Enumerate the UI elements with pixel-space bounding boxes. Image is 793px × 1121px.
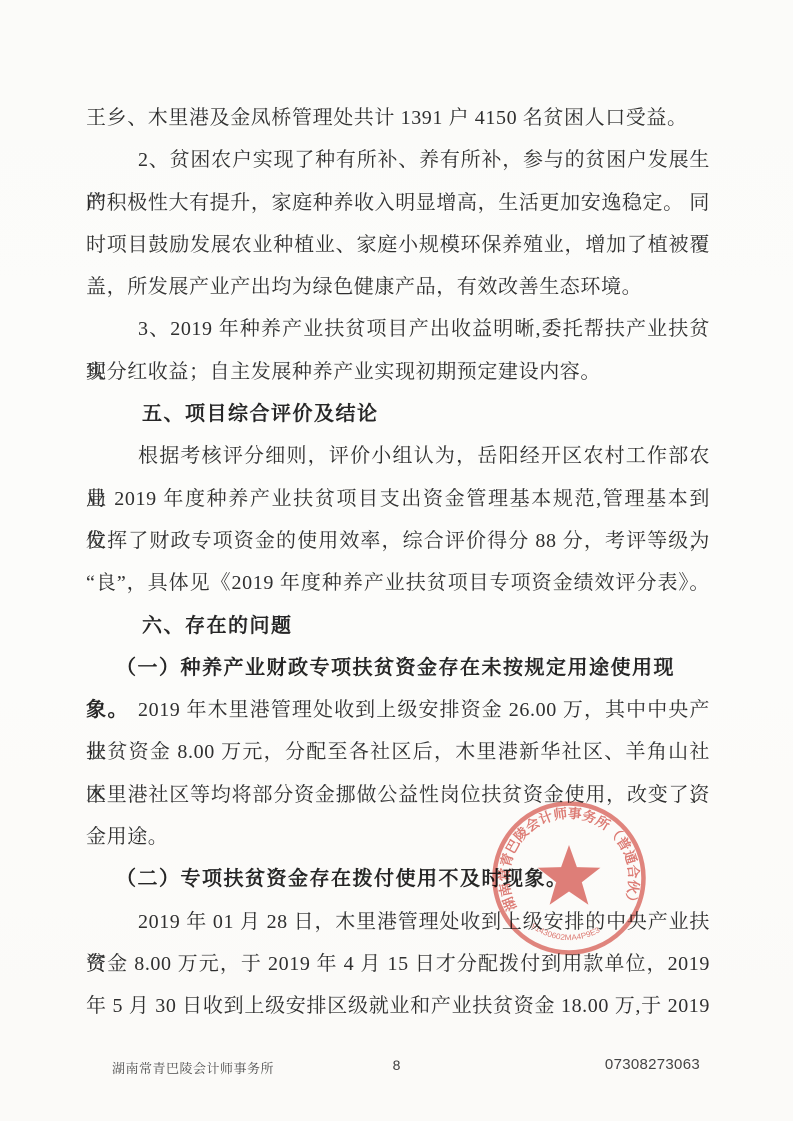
text-line: 局 2019 年度种养产业扶贫项目支出资金管理基本规范,管理基本到位，: [86, 478, 710, 520]
text-line: 2019 年木里港管理处收到上级安排资金 26.00 万，其中中央产业: [86, 689, 710, 731]
document-page: 王乡、木里港及金凤桥管理处共计 1391 户 4150 名贫困人口受益。 2、贫…: [0, 0, 793, 1121]
text-line: 金用途。: [86, 816, 710, 858]
text-line: 资金 8.00 万元，于 2019 年 4 月 15 日才分配拨付到用款单位，2…: [86, 943, 710, 985]
text-line: 2019 年 01 月 28 日，木里港管理处收到上级安排的中央产业扶贫: [86, 901, 710, 943]
text-line: 盖，所发展产业产出均为绿色健康产品，有效改善生态环境。: [86, 266, 710, 308]
text-line: 的积极性大有提升，家庭种养收入明显增高，生活更加安逸稳定。 同: [86, 182, 710, 224]
text-line: 3、2019 年种养产业扶贫项目产出收益明晰,委托帮扶产业扶贫实: [86, 308, 710, 350]
document-body: 王乡、木里港及金凤桥管理处共计 1391 户 4150 名贫困人口受益。 2、贫…: [86, 97, 710, 1028]
page-footer: 湖南常青巴陵会计师事务所 8 07308273063: [0, 1054, 793, 1078]
text-line: 扶贫资金 8.00 万元，分配至各社区后，木里港新华社区、羊角山社区、: [86, 731, 710, 773]
text-line: 时项目鼓励发展农业种植业、家庭小规模环保养殖业，增加了植被覆: [86, 224, 710, 266]
text-line: 现分红收益；自主发展种养产业实现初期预定建设内容。: [86, 351, 710, 393]
text-line: 年 5 月 30 日收到上级安排区级就业和产业扶贫资金 18.00 万,于 20…: [86, 985, 710, 1027]
text-line: 2、贫困农户实现了种有所补、养有所补，参与的贫困户发展生产: [86, 139, 710, 181]
text-line: 根据考核评分细则，评价小组认为，岳阳经开区农村工作部农业: [86, 435, 710, 477]
section-heading: 五、项目综合评价及结论: [86, 393, 710, 435]
footer-number: 07308273063: [605, 1056, 700, 1073]
text-line: 木里港社区等均将部分资金挪做公益性岗位扶贫资金使用，改变了资: [86, 774, 710, 816]
text-line: “良”，具体见《2019 年度种养产业扶贫项目专项资金绩效评分表》。: [86, 562, 710, 604]
section-heading: 六、存在的问题: [86, 605, 710, 647]
text-line: 发挥了财政专项资金的使用效率，综合评价得分 88 分，考评等级为: [86, 520, 710, 562]
text-line: 王乡、木里港及金凤桥管理处共计 1391 户 4150 名贫困人口受益。: [86, 97, 710, 139]
subsection-heading: （二）专项扶贫资金存在拨付使用不及时现象。: [86, 858, 710, 900]
subsection-heading: （一）种养产业财政专项扶贫资金存在未按规定用途使用现象。: [86, 647, 710, 689]
